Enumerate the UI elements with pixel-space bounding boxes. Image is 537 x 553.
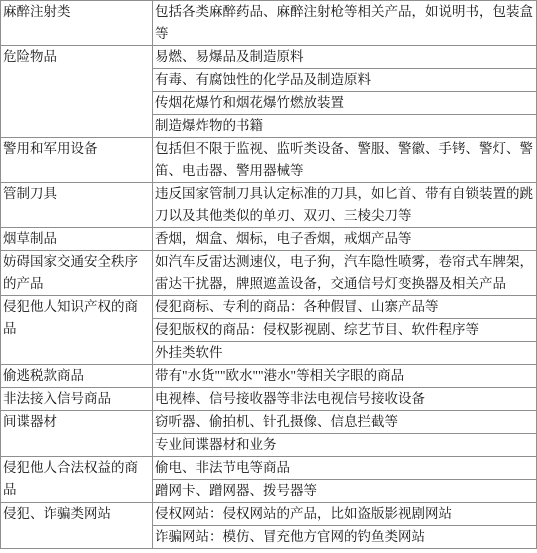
- detail-cell: 侵权网站：侵权网站的产品，比如盗版影视剧网站: [153, 503, 537, 526]
- detail-cell: 制造爆炸物的书籍: [153, 115, 537, 138]
- detail-cell: 外挂类软件: [153, 342, 537, 365]
- detail-cell: 如汽车反雷达测速仪，电子狗，汽车隐性喷雾，卷帘式车牌架，雷达干扰器，牌照遮盖设备…: [153, 251, 537, 296]
- detail-cell: 偷电、非法节电等商品: [153, 457, 537, 480]
- detail-cell: 香烟，烟盒、烟标，电子香烟，戒烟产品等: [153, 228, 537, 251]
- category-cell: 妨碍国家交通安全秩序的产品: [1, 251, 153, 296]
- detail-cell: 带有"水货""欧水""港水"等相关字眼的商品: [153, 365, 537, 388]
- table-row: 管制刀具违反国家管制刀具认定标准的刀具，如匕首、带有自锁装置的跳刀以及其他类似的…: [1, 183, 537, 228]
- detail-cell: 蹭网卡、蹭网器、拨号器等: [153, 480, 537, 503]
- detail-cell: 诈骗网站：模仿、冒充他方官网的钓鱼类网站: [153, 526, 537, 549]
- detail-cell: 窃听器、偷拍机、针孔摄像、信息拦截等: [153, 411, 537, 434]
- table-row: 烟草制品香烟，烟盒、烟标，电子香烟，戒烟产品等: [1, 228, 537, 251]
- category-cell: 危险物品: [1, 46, 153, 138]
- detail-cell: 电视棒、信号接收器等非法电视信号接收设备: [153, 388, 537, 411]
- table-row: 妨碍国家交通安全秩序的产品如汽车反雷达测速仪，电子狗，汽车隐性喷雾，卷帘式车牌架…: [1, 251, 537, 296]
- detail-cell: 专业间谍器材和业务: [153, 434, 537, 457]
- detail-cell: 包括但不限于监视、监听类设备、警服、警徽、手铐、警灯、警笛、电击器、警用器械等: [153, 138, 537, 183]
- category-cell: 间谍器材: [1, 411, 153, 457]
- detail-cell: 易燃、易爆品及制造原料: [153, 46, 537, 69]
- category-cell: 侵犯、诈骗类网站: [1, 503, 153, 549]
- table-row: 非法接入信号商品电视棒、信号接收器等非法电视信号接收设备: [1, 388, 537, 411]
- category-cell: 侵犯他人知识产权的商品: [1, 296, 153, 365]
- detail-cell: 侵犯版权的商品：侵权影视剧、综艺节目、软件程序等: [153, 319, 537, 342]
- table-row: 麻醉注射类包括各类麻醉药品、麻醉注射枪等相关产品，如说明书，包装盒等: [1, 1, 537, 46]
- category-cell: 侵犯他人合法权益的商品: [1, 457, 153, 503]
- detail-cell: 包括各类麻醉药品、麻醉注射枪等相关产品，如说明书，包装盒等: [153, 1, 537, 46]
- category-cell: 管制刀具: [1, 183, 153, 228]
- category-cell: 烟草制品: [1, 228, 153, 251]
- table-row: 间谍器材窃听器、偷拍机、针孔摄像、信息拦截等: [1, 411, 537, 434]
- table-row: 侵犯、诈骗类网站侵权网站：侵权网站的产品，比如盗版影视剧网站: [1, 503, 537, 526]
- table-row: 侵犯他人知识产权的商品侵犯商标、专利的商品：各种假冒、山寨产品等: [1, 296, 537, 319]
- category-cell: 警用和军用设备: [1, 138, 153, 183]
- prohibited-items-table: 麻醉注射类包括各类麻醉药品、麻醉注射枪等相关产品，如说明书，包装盒等危险物品易燃…: [0, 0, 537, 549]
- table-row: 侵犯他人合法权益的商品偷电、非法节电等商品: [1, 457, 537, 480]
- detail-cell: 有毒、有腐蚀性的化学品及制造原料: [153, 69, 537, 92]
- table-row: 危险物品易燃、易爆品及制造原料: [1, 46, 537, 69]
- table-body: 麻醉注射类包括各类麻醉药品、麻醉注射枪等相关产品，如说明书，包装盒等危险物品易燃…: [1, 1, 537, 549]
- detail-cell: 传烟花爆竹和烟花爆竹燃放装置: [153, 92, 537, 115]
- table-row: 警用和军用设备包括但不限于监视、监听类设备、警服、警徽、手铐、警灯、警笛、电击器…: [1, 138, 537, 183]
- category-cell: 非法接入信号商品: [1, 388, 153, 411]
- detail-cell: 违反国家管制刀具认定标准的刀具，如匕首、带有自锁装置的跳刀以及其他类似的单刃、双…: [153, 183, 537, 228]
- detail-cell: 侵犯商标、专利的商品：各种假冒、山寨产品等: [153, 296, 537, 319]
- category-cell: 麻醉注射类: [1, 1, 153, 46]
- category-cell: 偷逃税款商品: [1, 365, 153, 388]
- table-row: 偷逃税款商品带有"水货""欧水""港水"等相关字眼的商品: [1, 365, 537, 388]
